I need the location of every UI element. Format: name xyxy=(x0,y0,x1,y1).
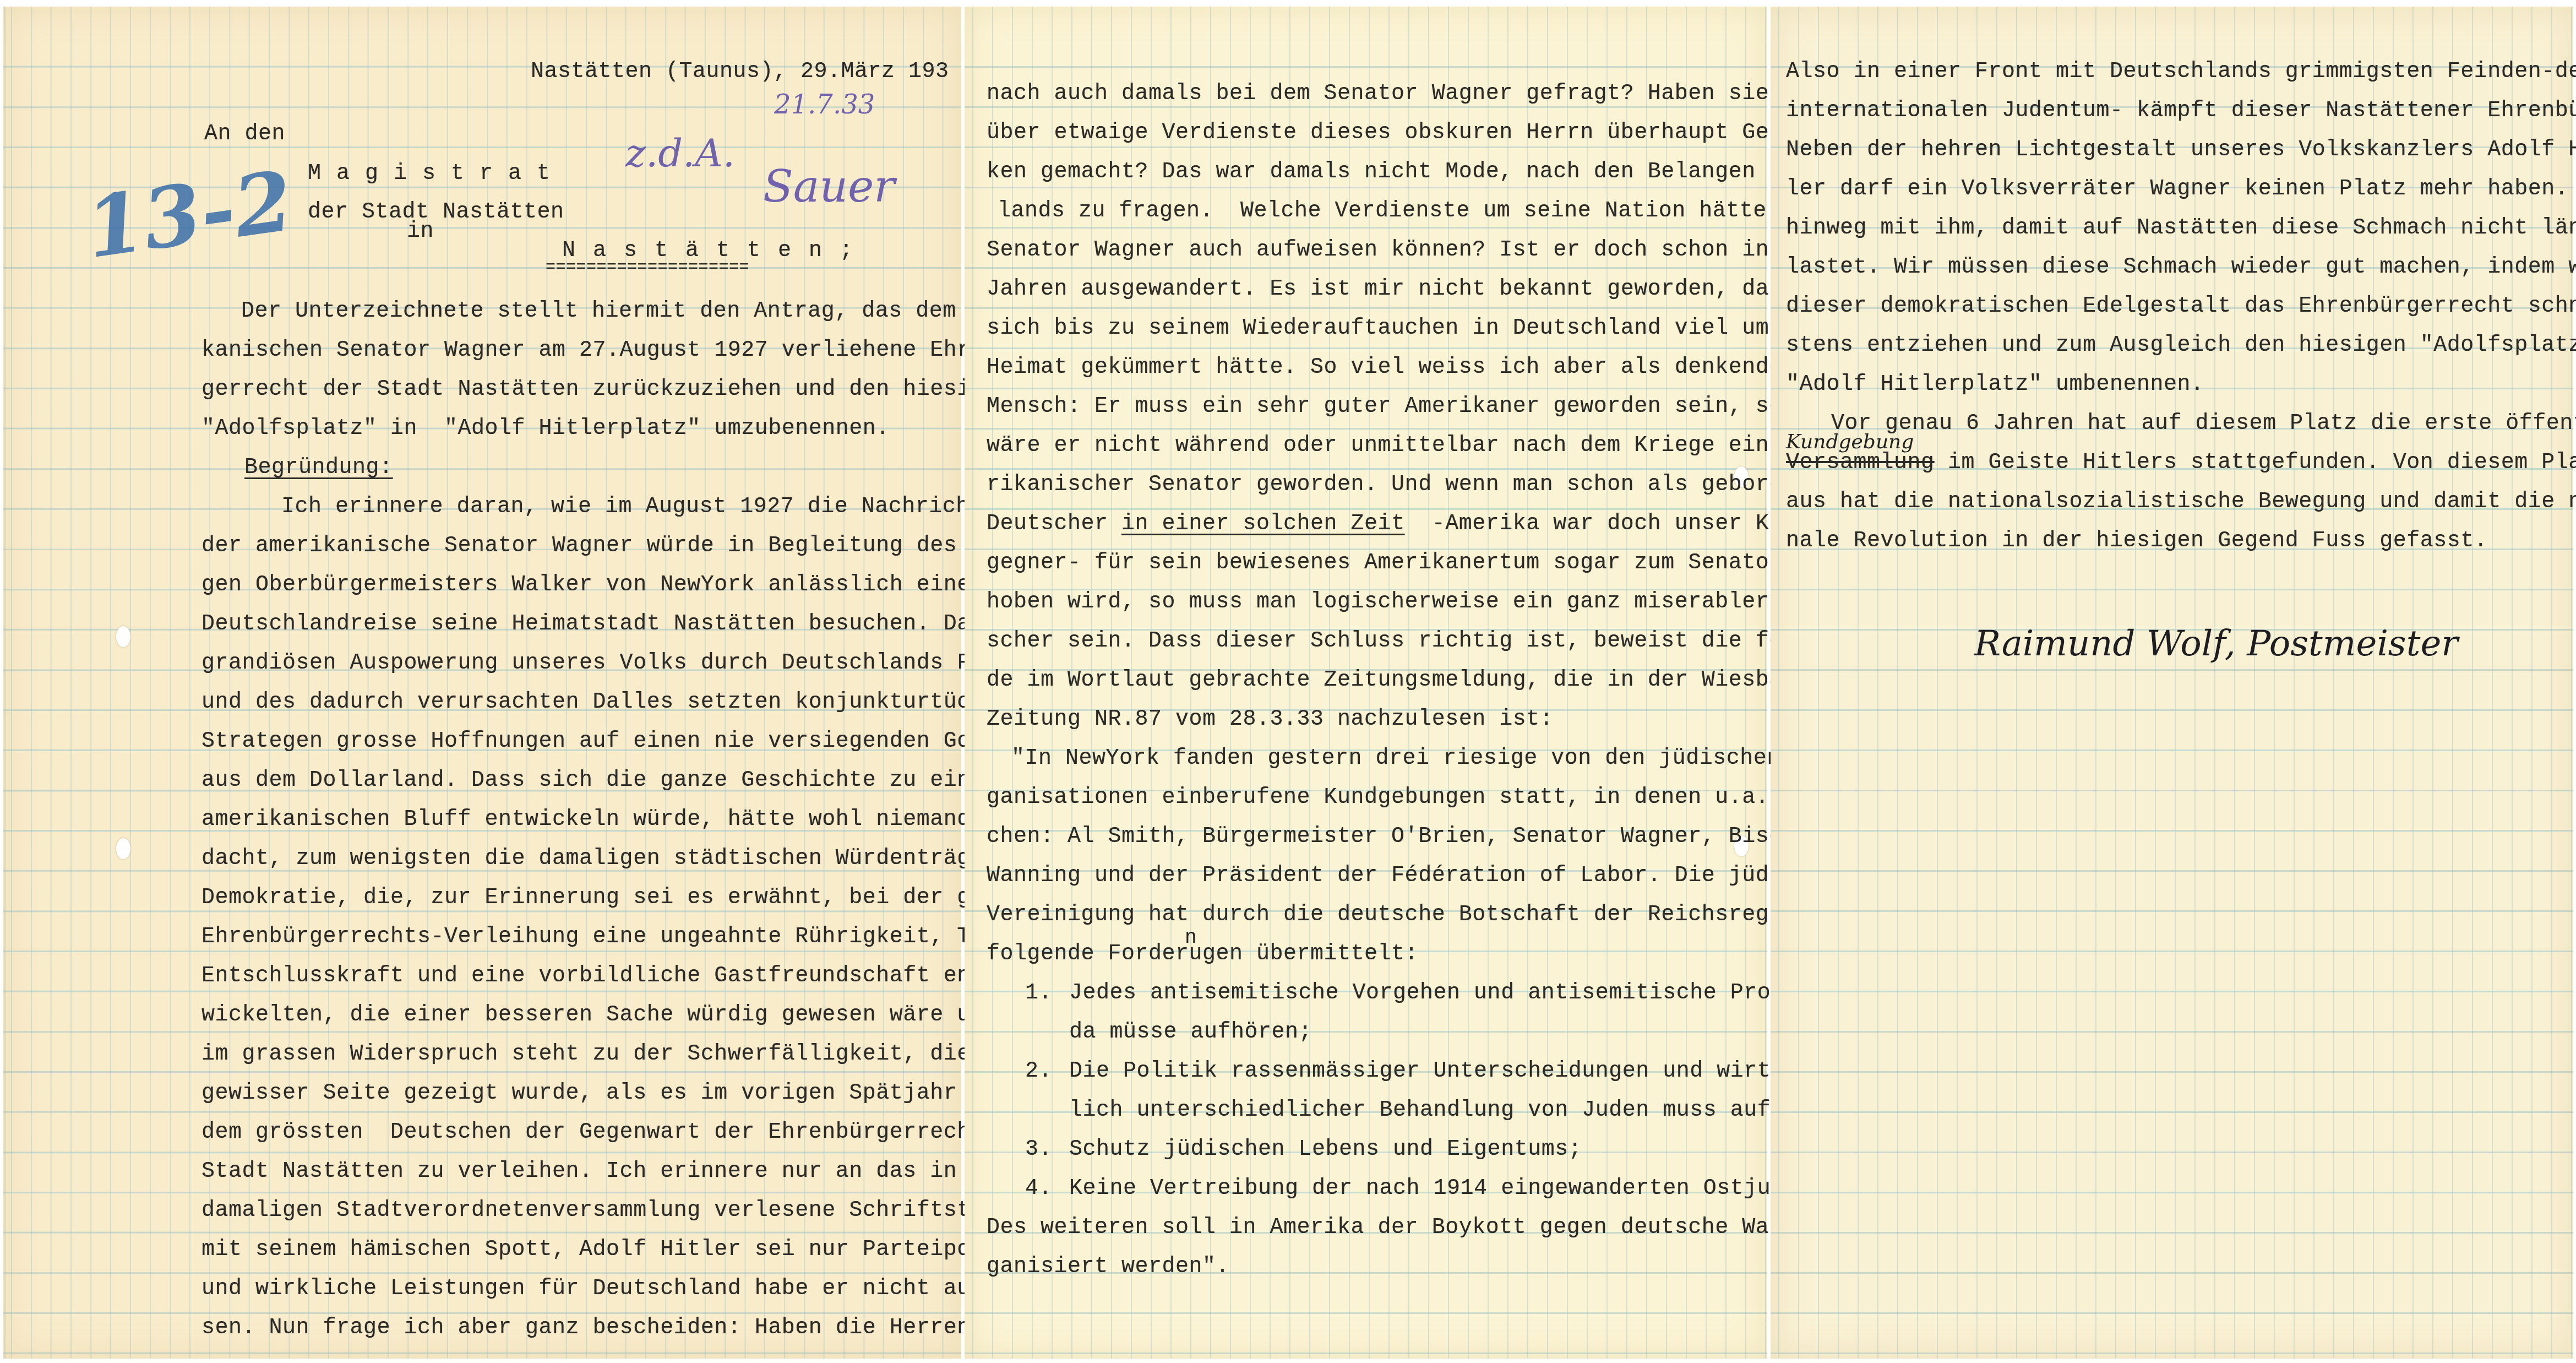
body-line: de im Wortlaut gebrachte Zeitungsmeldung… xyxy=(987,667,1850,694)
body-line: "Adolfsplatz" in "Adolf Hitlerplatz" umz… xyxy=(201,416,890,442)
body-line: über etwaige Verdienste dieses obskuren … xyxy=(987,120,1823,146)
body-line: Ehrenbürgerrechts-Verleihung eine ungeah… xyxy=(201,924,1052,951)
handwritten-initials: z.d.A. xyxy=(625,131,735,176)
body-line-underlined: Deutscher in einer solchen Zeit -Amerika… xyxy=(987,511,1850,537)
body-line: lastet. Wir müssen diese Schmach wieder … xyxy=(1786,254,2576,281)
handwritten-signature: Sauer xyxy=(763,161,895,212)
quote-line: folgende Forderugen übermittelt: xyxy=(987,941,1418,968)
body-line: Jahren ausgewandert. Es ist mir nicht be… xyxy=(987,276,1837,303)
struck-word: Versammlung xyxy=(1786,450,1935,475)
section-heading: Begründung: xyxy=(244,455,393,481)
body-line-correction: Versammlung im Geiste Hitlers stattgefun… xyxy=(1786,450,2576,476)
letter-page-3: Also in einer Front mit Deutschlands gri… xyxy=(1771,7,2573,1359)
letter-page-1: Nastätten (Taunus), 29.März 193 An den M… xyxy=(3,7,961,1359)
closing-line: ganisiert werden". xyxy=(987,1254,1229,1280)
body-line: wäre er nicht während oder unmittelbar n… xyxy=(987,433,1837,459)
handwritten-file-number: 13-2 xyxy=(80,153,298,278)
quote-line: "In NewYork fanden gestern drei riesige … xyxy=(1011,746,1834,772)
body-line: Mensch: Er muss ein sehr guter Amerikane… xyxy=(987,394,1823,420)
body-line: "Adolf Hitlerplatz" umbenennen. xyxy=(1786,372,2204,398)
demand-number: 3. xyxy=(1025,1137,1052,1163)
addressee-line: M a g i s t r a t xyxy=(308,161,551,187)
body-line: und wirkliche Leistungen für Deutschland… xyxy=(201,1276,1065,1302)
demand-text: Schutz jüdischen Lebens und Eigentums; xyxy=(1069,1137,1582,1163)
body-line: sich bis zu seinem Wiederauftauchen in D… xyxy=(987,316,1850,342)
body-line: hoben wird, so muss man logischerweise e… xyxy=(987,589,1850,616)
body-line: Demokratie, die, zur Erinnerung sei es e… xyxy=(201,885,1038,911)
addressee-line: in xyxy=(407,219,434,245)
body-text: Deutscher xyxy=(987,512,1121,536)
body-line: gen Oberbürgermeisters Walker von NewYor… xyxy=(201,572,984,599)
body-line: dacht, zum wenigsten die damaligen städt… xyxy=(201,846,1052,872)
quote-line: Vereinigung hat durch die deutsche Botsc… xyxy=(987,902,1850,928)
body-line: amerikanischen Bluff entwickeln würde, h… xyxy=(201,807,1025,833)
demand-number: 2. xyxy=(1025,1058,1052,1085)
body-line: kanischen Senator Wagner am 27.August 19… xyxy=(201,338,1052,364)
body-line: Neben der hehren Lichtgestalt unseres Vo… xyxy=(1786,137,2576,164)
body-line: Ich erinnere daran, wie im August 1927 d… xyxy=(281,494,1050,520)
body-line: ler darf ein Volksverräter Wagner keinen… xyxy=(1786,176,2576,203)
body-line: Entschlusskraft und eine vorbildliche Ga… xyxy=(201,963,998,990)
body-line: ken gemacht? Das war damals nicht Mode, … xyxy=(987,159,1877,186)
destination-rule: ==================== xyxy=(546,254,749,281)
demand-number: 1. xyxy=(1025,980,1052,1007)
signature: Raimund Wolf, Postmeister xyxy=(1974,623,2458,664)
addressee-line: der Stadt Nastätten xyxy=(308,199,564,226)
body-line: Strategen grosse Hoffnungen auf einen ni… xyxy=(201,729,1065,755)
body-line: Heimat gekümmert hätte. So viel weiss ic… xyxy=(987,355,1796,381)
body-line: damaligen Stadtverordnetenversammlung ve… xyxy=(201,1198,1011,1224)
underlined-phrase: in einer solchen Zeit xyxy=(1121,512,1405,536)
body-line: im grassen Widerspruch steht zu der Schw… xyxy=(201,1041,1025,1068)
demand-text: Die Politik rassenmässiger Unterscheidun… xyxy=(1069,1058,1865,1085)
addressee-line: An den xyxy=(204,121,285,148)
demand-text: Jedes antisemitische Vorgehen und antise… xyxy=(1069,980,1851,1007)
body-line: Zeitung NR.87 vom 28.3.33 nachzulesen is… xyxy=(987,707,1553,733)
handwritten-date-note: 21.7.33 xyxy=(774,89,875,120)
body-line: hinweg mit ihm, damit auf Nastätten dies… xyxy=(1786,215,2576,242)
body-line: gerrecht der Stadt Nastätten zurückzuzie… xyxy=(201,377,1011,403)
body-line: mit seinem hämischen Spott, Adolf Hitler… xyxy=(201,1237,1065,1263)
punch-hole xyxy=(116,626,130,647)
body-line: sen. Nun frage ich aber ganz bescheiden:… xyxy=(201,1315,1052,1342)
body-line: lands zu fragen. Welche Verdienste um se… xyxy=(998,198,1821,225)
body-line: Deutschlandreise seine Heimatstadt Nastä… xyxy=(201,611,1052,638)
body-line: der amerikanische Senator Wagner würde i… xyxy=(201,533,1065,560)
body-line: Senator Wagner auch aufweisen können? Is… xyxy=(987,237,1864,264)
demand-text: Keine Vertreibung der nach 1914 eingewan… xyxy=(1069,1176,1825,1202)
body-line: nale Revolution in der hiesigen Gegend F… xyxy=(1786,528,2487,555)
body-line: stens entziehen und zum Ausgleich den hi… xyxy=(1786,333,2576,359)
quote-line: chen: Al Smith, Bürgermeister O'Brien, S… xyxy=(987,824,1823,850)
body-line: wickelten, die einer besseren Sache würd… xyxy=(201,1002,1052,1029)
body-line: Also in einer Front mit Deutschlands gri… xyxy=(1786,59,2576,85)
demand-text: lich unterschiedlicher Behandlung von Ju… xyxy=(1069,1098,1851,1124)
body-line: dieser demokratischen Edelgestalt das Eh… xyxy=(1786,294,2576,320)
body-line: Stadt Nastätten zu verleihen. Ich erinne… xyxy=(201,1159,1011,1185)
body-line: scher sein. Dass dieser Schluss richtig … xyxy=(987,628,1850,655)
quote-line: ganisationen einberufene Kundgebungen st… xyxy=(987,785,1837,811)
demand-text: da müsse aufhören; xyxy=(1069,1019,1312,1046)
body-line: Der Unterzeichnete stellt hiermit den An… xyxy=(241,298,1050,325)
body-line: und des dadurch verursachten Dalles setz… xyxy=(201,689,1038,716)
body-line: nach auch damals bei dem Senator Wagner … xyxy=(987,81,1837,107)
body-line: gewisser Seite gezeigt wurde, als es im … xyxy=(201,1080,1038,1107)
body-line: gegner- für sein bewiesenes Amerikanertu… xyxy=(987,550,1837,577)
body-line: dem grössten Deutschen der Gegenwart der… xyxy=(201,1120,1038,1146)
body-line: internationalen Judentum- kämpft dieser … xyxy=(1786,98,2576,124)
body-line: grandiösen Auspowerung unseres Volks dur… xyxy=(201,650,1038,677)
dateline: Nastätten (Taunus), 29.März 193 xyxy=(531,59,949,85)
body-line: rikanischer Senator geworden. Und wenn m… xyxy=(987,472,1823,498)
body-line: aus hat die nationalsozialistische Beweg… xyxy=(1786,489,2576,515)
letter-page-2: nach auch damals bei dem Senator Wagner … xyxy=(965,7,1767,1359)
body-line: Vor genau 6 Jahren hat auf diesem Platz … xyxy=(1831,411,2576,437)
punch-hole xyxy=(116,838,130,859)
demand-number: 4. xyxy=(1025,1176,1052,1202)
body-line: aus dem Dollarland. Dass sich die ganze … xyxy=(201,768,1065,794)
quote-line: Wanning und der Präsident der Fédération… xyxy=(987,863,1837,889)
body-text: im Geiste Hitlers stattgefunden. Von die… xyxy=(1935,450,2576,475)
closing-line: Des weiteren soll in Amerika der Boykott… xyxy=(987,1215,1864,1241)
